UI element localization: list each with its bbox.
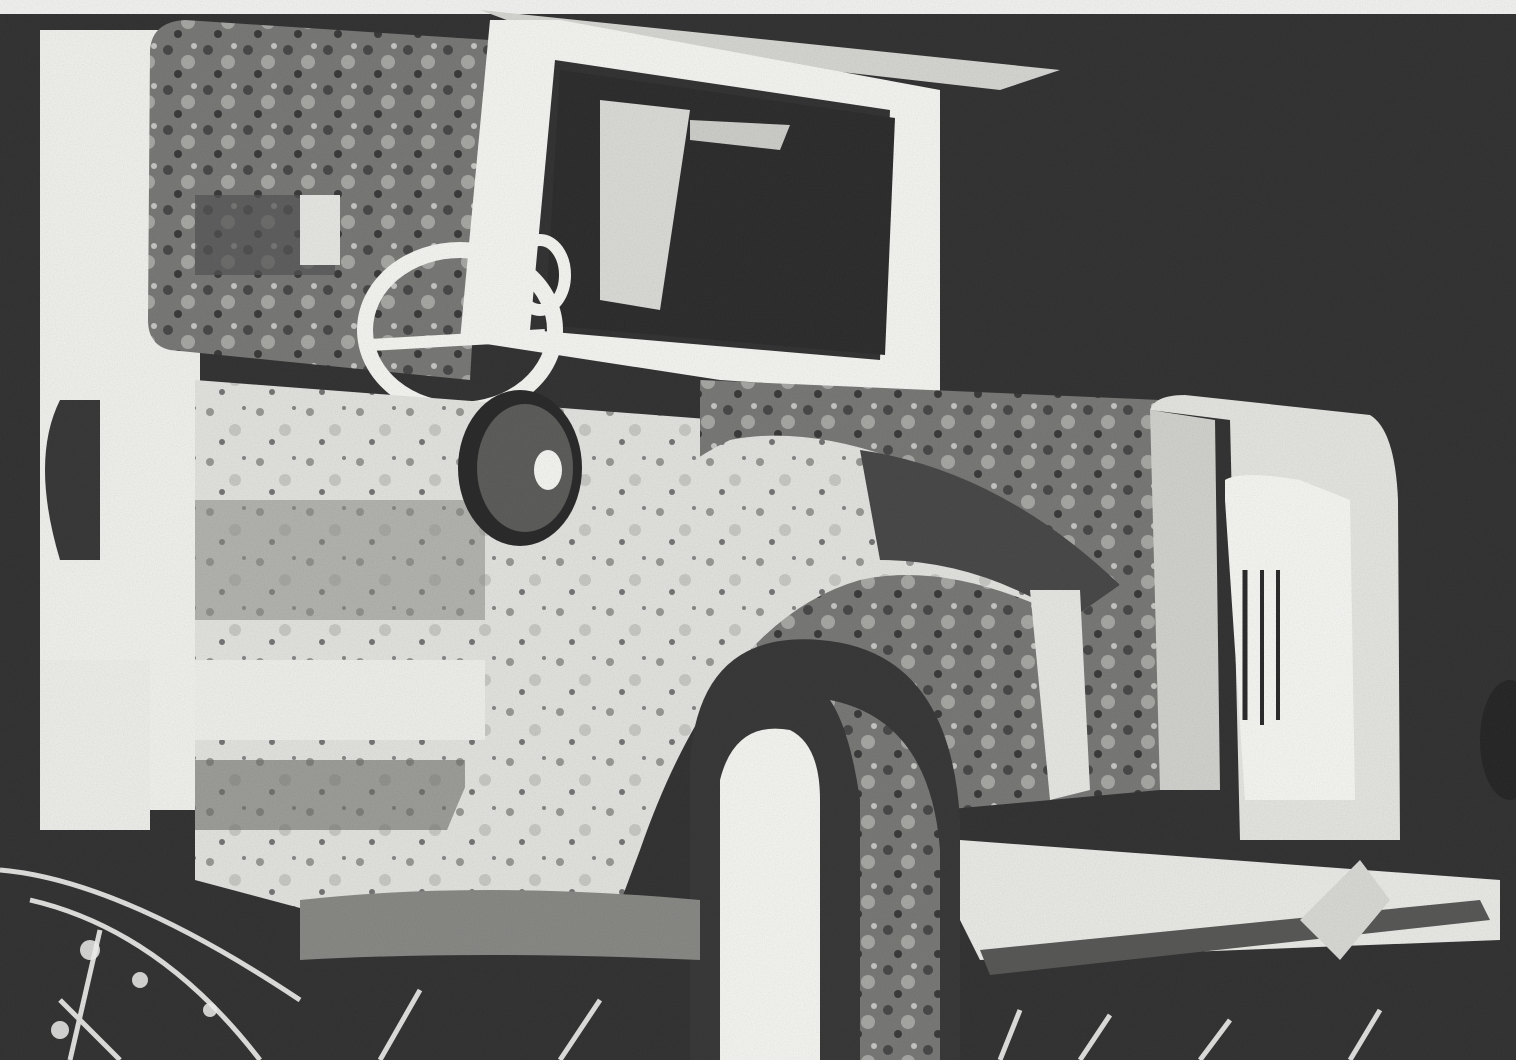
radiator — [1150, 395, 1400, 840]
photo-content — [0, 0, 1516, 1060]
truck-illustration — [0, 0, 1516, 1060]
running-board — [300, 890, 700, 960]
truck-photo: Black-and-white photocopy of an abandone… — [0, 0, 1516, 1060]
headlamp — [458, 390, 582, 546]
front-tire — [690, 639, 960, 1060]
